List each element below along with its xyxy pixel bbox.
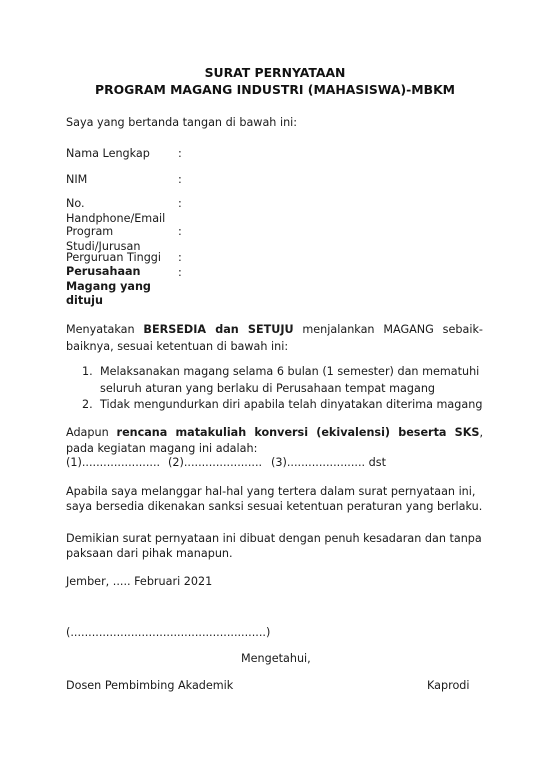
- place-date: Jember, ..... Februari 2021: [66, 574, 212, 590]
- field-label-nama: Nama Lengkap: [66, 146, 174, 161]
- signer-right: Kaprodi: [427, 678, 470, 694]
- conversion-bold: rencana matakuliah konversi (ekivalensi)…: [117, 426, 480, 439]
- field-colon: :: [178, 172, 182, 187]
- conversion-blank-1: (1)......................: [66, 455, 160, 471]
- statement-rest: menjalankan MAGANG sebaik-: [302, 323, 483, 336]
- field-colon: :: [178, 250, 182, 265]
- conversion-paragraph: Adapun rencana matakuliah konversi (ekiv…: [66, 425, 483, 457]
- field-label-handphone: No. Handphone/Email: [66, 196, 170, 226]
- field-label-nim: NIM: [66, 172, 174, 187]
- document-title: SURAT PERNYATAAN: [0, 65, 550, 81]
- condition-text: Melaksanakan magang selama 6 bulan (1 se…: [100, 364, 490, 381]
- statement-prefix: Menyatakan: [66, 323, 135, 336]
- sanction-line-1: Apabila saya melanggar hal-hal yang tert…: [66, 484, 475, 500]
- field-label-perguruan: Perguruan Tinggi: [66, 250, 174, 265]
- signature-blank: (.......................................…: [66, 625, 270, 641]
- intro-text: Saya yang bertanda tangan di bawah ini:: [66, 115, 297, 131]
- condition-number: 2.: [82, 397, 93, 414]
- sanction-line-2: saya bersedia dikenakan sanksi sesuai ke…: [66, 499, 482, 515]
- acknowledged-label: Mengetahui,: [241, 651, 311, 667]
- signer-left: Dosen Pembimbing Akademik: [66, 678, 233, 694]
- field-colon: :: [178, 196, 182, 211]
- statement-line-1: Menyatakan BERSEDIA dan SETUJU menjalank…: [66, 322, 483, 339]
- condition-item: 1. Melaksanakan magang selama 6 bulan (1…: [82, 364, 487, 398]
- field-label-perusahaan: Perusahaan Magang yang dituju: [66, 265, 166, 309]
- field-colon: :: [178, 146, 182, 161]
- conversion-line-1: Adapun rencana matakuliah konversi (ekiv…: [66, 425, 483, 442]
- statement-bold: BERSEDIA dan SETUJU: [143, 323, 293, 336]
- conversion-blank-2: (2)......................: [168, 455, 262, 471]
- statement-paragraph: Menyatakan BERSEDIA dan SETUJU menjalank…: [66, 322, 483, 355]
- document-subtitle: PROGRAM MAGANG INDUSTRI (MAHASISWA)-MBKM: [0, 82, 550, 98]
- conversion-suffix: ,: [479, 426, 483, 439]
- field-colon: :: [178, 224, 182, 239]
- condition-number: 1.: [82, 364, 93, 381]
- condition-text: Tidak mengundurkan diri apabila telah di…: [100, 397, 490, 414]
- conversion-blank-3: (3)...................... dst: [271, 455, 386, 471]
- field-colon: :: [178, 265, 182, 280]
- condition-item: 2. Tidak mengundurkan diri apabila telah…: [82, 397, 487, 414]
- closing-line-1: Demikian surat pernyataan ini dibuat den…: [66, 531, 482, 547]
- statement-line-2: baiknya, sesuai ketentuan di bawah ini:: [66, 339, 483, 356]
- conversion-prefix: Adapun: [66, 426, 109, 439]
- document-page: SURAT PERNYATAAN PROGRAM MAGANG INDUSTRI…: [0, 0, 550, 777]
- condition-text-cont: seluruh aturan yang berlaku di Perusahaa…: [100, 381, 490, 398]
- closing-line-2: paksaan dari pihak manapun.: [66, 546, 233, 562]
